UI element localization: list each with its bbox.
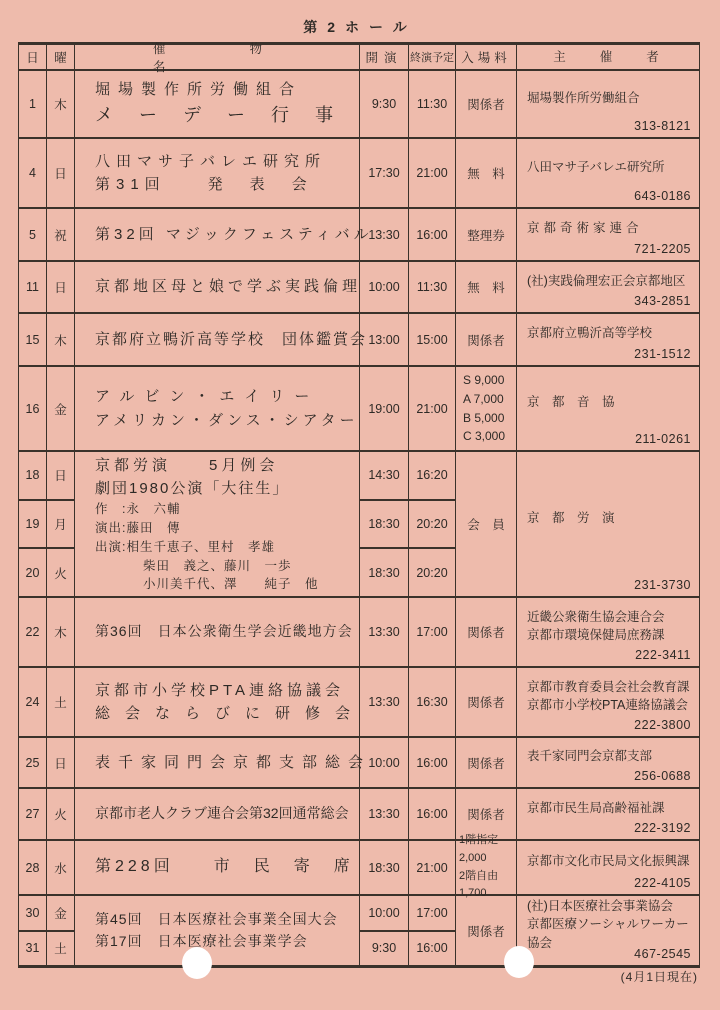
- schedule-table: 日 曜 催物名 開演 終演予定 入場料 主催者 1 木 堀場製作所労働組合 メー…: [18, 42, 700, 968]
- event-name: 京都市小学校PTA連絡協議会: [95, 679, 344, 702]
- organizer: 京 都 音 協: [527, 393, 615, 411]
- table-row: 18 19 20 日 月 火 京都労演 5月例会 劇団1980公演「大往生」 作…: [19, 452, 699, 598]
- start-time: 14:30 18:30 18:30: [360, 452, 409, 596]
- day-cell: 16: [19, 367, 47, 450]
- admission-price: S 9,000: [463, 371, 504, 390]
- organizer: (社)日本医療社会事業協会: [527, 897, 673, 915]
- table-row: 16 金 アルビン・エイリー アメリカン・ダンス・シアター 19:00 21:0…: [19, 367, 699, 452]
- day-cell: 4: [19, 139, 47, 207]
- phone-number: 721-2205: [634, 240, 691, 258]
- weekday-cell: 木: [47, 71, 75, 137]
- weekday-cell: 日: [47, 738, 75, 787]
- event-name: アルビン・エイリー: [95, 385, 319, 408]
- admission-cell: 整理券: [456, 209, 517, 260]
- admission-cell: 関係者: [456, 738, 517, 787]
- punch-hole: [182, 947, 212, 979]
- table-row: 5 祝 第32回 マジックフェスティバル 13:30 16:00 整理券 京都奇…: [19, 209, 699, 262]
- weekday-cell: 日 月 火: [47, 452, 75, 596]
- start-time: 18:30: [360, 841, 409, 894]
- day-cell: 1: [19, 71, 47, 137]
- admission-cell: S 9,000 A 7,000 B 5,000 C 3,000: [456, 367, 517, 450]
- organizer-cell: 表千家同門会京都支部 256-0688: [517, 738, 699, 787]
- organizer-cell: 堀場製作所労働組合 313-8121: [517, 71, 699, 137]
- start-time: 13:30: [360, 789, 409, 839]
- end-time: 17:00 16:00: [409, 896, 456, 965]
- end-time: 16:00: [409, 738, 456, 787]
- admission-price: C 3,000: [463, 427, 505, 446]
- weekday-cell: 祝: [47, 209, 75, 260]
- event-credit: 作 :永 六輔: [95, 500, 180, 519]
- admission-cell: 会 員: [456, 452, 517, 596]
- weekday-cell: 日: [47, 262, 75, 312]
- day-cell: 25: [19, 738, 47, 787]
- organizer-cell: 京都市文化市民局文化振興課 222-4105: [517, 841, 699, 894]
- weekday-cell: 土: [47, 668, 75, 736]
- admission-price: B 5,000: [463, 409, 504, 428]
- event-name-cell: 京都労演 5月例会 劇団1980公演「大往生」 作 :永 六輔 演出:藤田 傳 …: [75, 452, 360, 596]
- event-name: 表千家同門会京都支部総会: [95, 751, 371, 774]
- organizer-cell: 京 都 労 演 231-3730: [517, 452, 699, 596]
- event-name: 京都府立鴨沂高等学校 団体鑑賞会: [95, 328, 367, 351]
- admission-cell: 1階指定2,000 2階自由1,700: [456, 841, 517, 894]
- organizer: (社)実践倫理宏正会京都地区: [527, 272, 685, 290]
- event-name-cell: 京都市老人クラブ連合会第32回通常総会: [75, 789, 360, 839]
- phone-number: 467-2545: [634, 945, 691, 963]
- col-header-organizer: 主催者: [523, 48, 693, 66]
- event-name: メーデー行事: [95, 102, 359, 130]
- phone-number: 643-0186: [634, 187, 691, 205]
- event-credit: 出演:相生千恵子、里村 孝雄: [95, 538, 275, 557]
- table-row: 15 木 京都府立鴨沂高等学校 団体鑑賞会 13:00 15:00 関係者 京都…: [19, 314, 699, 367]
- event-name-cell: 第228回 市 民 寄 席: [75, 841, 360, 894]
- organizer-cell: 近畿公衆衛生協会連合会 京都市環境保健局庶務課 222-3411: [517, 598, 699, 666]
- organizer-cell: (社)日本医療社会事業協会 京都医療ソーシャルワーカー協会 467-2545: [517, 896, 699, 965]
- event-name: 八田マサ子バレエ研究所: [95, 150, 326, 173]
- start-time: 17:30: [360, 139, 409, 207]
- event-credit: 演出:藤田 傳: [95, 519, 180, 538]
- event-name: 第228回 市 民 寄 席: [95, 855, 354, 880]
- phone-number: 222-4105: [634, 874, 691, 892]
- organizer-cell: 京都府立鴨沂高等学校 231-1512: [517, 314, 699, 365]
- end-time: 17:00: [409, 598, 456, 666]
- col-header-start: 開演: [365, 48, 402, 66]
- organizer: 京都府立鴨沂高等学校: [527, 324, 652, 342]
- end-time: 16:00: [409, 789, 456, 839]
- start-time: 13:30: [360, 209, 409, 260]
- organizer: 京都奇術家連合: [527, 219, 643, 237]
- day-cell: 11: [19, 262, 47, 312]
- event-name: 京都労演 5月例会: [95, 454, 278, 477]
- weekday-cell: 水: [47, 841, 75, 894]
- organizer: 京都市環境保健局庶務課: [527, 626, 665, 644]
- weekday-cell: 金 土: [47, 896, 75, 965]
- punch-hole: [504, 946, 534, 978]
- event-name-cell: 京都市小学校PTA連絡協議会 総 会 な ら び に 研 修 会: [75, 668, 360, 736]
- end-time: 21:00: [409, 139, 456, 207]
- table-row: 22 木 第36回 日本公衆衛生学会近畿地方会 13:30 17:00 関係者 …: [19, 598, 699, 668]
- end-time: 15:00: [409, 314, 456, 365]
- organizer: 京 都 労 演: [527, 509, 615, 527]
- end-time: 21:00: [409, 367, 456, 450]
- col-header-day: 日: [19, 45, 47, 69]
- start-time: 13:00: [360, 314, 409, 365]
- event-name-cell: 表千家同門会京都支部総会: [75, 738, 360, 787]
- event-name-cell: 京都地区母と娘で学ぶ実践倫理: [75, 262, 360, 312]
- organizer-cell: 京 都 音 協 211-0261: [517, 367, 699, 450]
- event-name: 京都市老人クラブ連合会第32回通常総会: [95, 803, 349, 825]
- event-name: アメリカン・ダンス・シアター: [95, 409, 359, 432]
- organizer-cell: 京都奇術家連合 721-2205: [517, 209, 699, 260]
- phone-number: 231-3730: [634, 576, 691, 594]
- end-time: 11:30: [409, 262, 456, 312]
- organizer: 表千家同門会京都支部: [527, 747, 652, 765]
- organizer-cell: 八田マサ子バレエ研究所 643-0186: [517, 139, 699, 207]
- col-header-weekday: 曜: [47, 45, 75, 69]
- weekday-cell: 火: [47, 789, 75, 839]
- end-time: 16:00: [409, 209, 456, 260]
- phone-number: 256-0688: [634, 767, 691, 785]
- admission-cell: 無 料: [456, 139, 517, 207]
- weekday-cell: 木: [47, 598, 75, 666]
- event-name: 京都地区母と娘で学ぶ実践倫理: [95, 275, 361, 298]
- phone-number: 231-1512: [634, 345, 691, 363]
- weekday-cell: 木: [47, 314, 75, 365]
- day-cell: 22: [19, 598, 47, 666]
- start-time: 9:30: [360, 71, 409, 137]
- table-row: 27 火 京都市老人クラブ連合会第32回通常総会 13:30 16:00 関係者…: [19, 789, 699, 841]
- day-cell: 5: [19, 209, 47, 260]
- day-cell: 18 19 20: [19, 452, 47, 596]
- table-row: 4 日 八田マサ子バレエ研究所 第31回 発 表 会 17:30 21:00 無…: [19, 139, 699, 209]
- phone-number: 222-3192: [634, 819, 691, 837]
- end-time: 11:30: [409, 71, 456, 137]
- event-name: 総 会 な ら び に 研 修 会: [95, 702, 350, 725]
- table-row: 30 31 金 土 第45回 日本医療社会事業全国大会 第17回 日本医療社会事…: [19, 896, 699, 965]
- admission-cell: 関係者: [456, 71, 517, 137]
- event-name-cell: 第36回 日本公衆衛生学会近畿地方会: [75, 598, 360, 666]
- event-name: 堀場製作所労働組合: [95, 78, 302, 101]
- col-header-event: 催物名: [75, 39, 359, 75]
- start-time: 10:00 9:30: [360, 896, 409, 965]
- admission-cell: 関係者: [456, 668, 517, 736]
- phone-number: 343-2851: [634, 292, 691, 310]
- table-row: 11 日 京都地区母と娘で学ぶ実践倫理 10:00 11:30 無 料 (社)実…: [19, 262, 699, 314]
- end-time: 16:20 20:20 20:20: [409, 452, 456, 596]
- day-cell: 15: [19, 314, 47, 365]
- day-cell: 30 31: [19, 896, 47, 965]
- organizer: 京都市文化市民局文化振興課: [527, 852, 690, 870]
- admission-cell: 無 料: [456, 262, 517, 312]
- event-name: 第31回 発 表 会: [95, 173, 313, 196]
- start-time: 10:00: [360, 262, 409, 312]
- event-credit: 柴田 義之、藤川 一歩: [95, 557, 292, 576]
- organizer-cell: (社)実践倫理宏正会京都地区 343-2851: [517, 262, 699, 312]
- admission-cell: 関係者: [456, 314, 517, 365]
- event-name: 劇団1980公演「大往生」: [95, 477, 289, 500]
- organizer: 近畿公衆衛生協会連合会: [527, 608, 665, 626]
- organizer-cell: 京都市民生局高齢福祉課 222-3192: [517, 789, 699, 839]
- organizer: 八田マサ子バレエ研究所: [527, 158, 665, 176]
- admission-price: A 7,000: [463, 390, 504, 409]
- start-time: 13:30: [360, 598, 409, 666]
- phone-number: 211-0261: [635, 430, 691, 448]
- phone-number: 313-8121: [634, 117, 691, 135]
- organizer: 堀場製作所労働組合: [527, 89, 640, 107]
- organizer-cell: 京都市教育委員会社会教育課 京都市小学校PTA連絡協議会 222-3800: [517, 668, 699, 736]
- start-time: 13:30: [360, 668, 409, 736]
- admission-price: 1階指定2,000: [459, 832, 516, 867]
- day-cell: 27: [19, 789, 47, 839]
- event-name-cell: 京都府立鴨沂高等学校 団体鑑賞会: [75, 314, 360, 365]
- admission-cell: 関係者: [456, 598, 517, 666]
- organizer: 京都市小学校PTA連絡協議会: [527, 696, 688, 714]
- col-header-admission: 入場料: [461, 48, 511, 66]
- weekday-cell: 日: [47, 139, 75, 207]
- col-header-end: 終演予定: [410, 49, 454, 65]
- event-name: 第45回 日本医療社会事業全国大会: [95, 909, 338, 931]
- table-row: 24 土 京都市小学校PTA連絡協議会 総 会 な ら び に 研 修 会 13…: [19, 668, 699, 738]
- organizer: 京都市教育委員会社会教育課: [527, 678, 690, 696]
- day-cell: 24: [19, 668, 47, 736]
- phone-number: 222-3800: [634, 716, 691, 734]
- end-time: 21:00: [409, 841, 456, 894]
- event-name-cell: アルビン・エイリー アメリカン・ダンス・シアター: [75, 367, 360, 450]
- footer-date-note: (4月1日現在): [621, 968, 698, 985]
- start-time: 19:00: [360, 367, 409, 450]
- weekday-cell: 金: [47, 367, 75, 450]
- event-name-cell: 第32回 マジックフェスティバル: [75, 209, 360, 260]
- start-time: 10:00: [360, 738, 409, 787]
- table-row: 1 木 堀場製作所労働組合 メーデー行事 9:30 11:30 関係者 堀場製作…: [19, 71, 699, 139]
- table-row: 28 水 第228回 市 民 寄 席 18:30 21:00 1階指定2,000…: [19, 841, 699, 896]
- event-name: 第32回 マジックフェスティバル: [95, 223, 373, 246]
- header-row: 日 曜 催物名 開演 終演予定 入場料 主催者: [19, 45, 699, 71]
- organizer: 京都市民生局高齢福祉課: [527, 799, 665, 817]
- phone-number: 222-3411: [635, 646, 691, 664]
- event-name-cell: 八田マサ子バレエ研究所 第31回 発 表 会: [75, 139, 360, 207]
- event-credit: 小川美千代、澤 純子 他: [95, 575, 319, 594]
- day-cell: 28: [19, 841, 47, 894]
- hall-title: 第2ホール: [0, 17, 720, 37]
- event-name-cell: 堀場製作所労働組合 メーデー行事: [75, 71, 360, 137]
- table-row: 25 日 表千家同門会京都支部総会 10:00 16:00 関係者 表千家同門会…: [19, 738, 699, 789]
- event-name-cell: 第45回 日本医療社会事業全国大会 第17回 日本医療社会事業学会: [75, 896, 360, 965]
- event-name: 第36回 日本公衆衛生学会近畿地方会: [95, 621, 353, 643]
- end-time: 16:30: [409, 668, 456, 736]
